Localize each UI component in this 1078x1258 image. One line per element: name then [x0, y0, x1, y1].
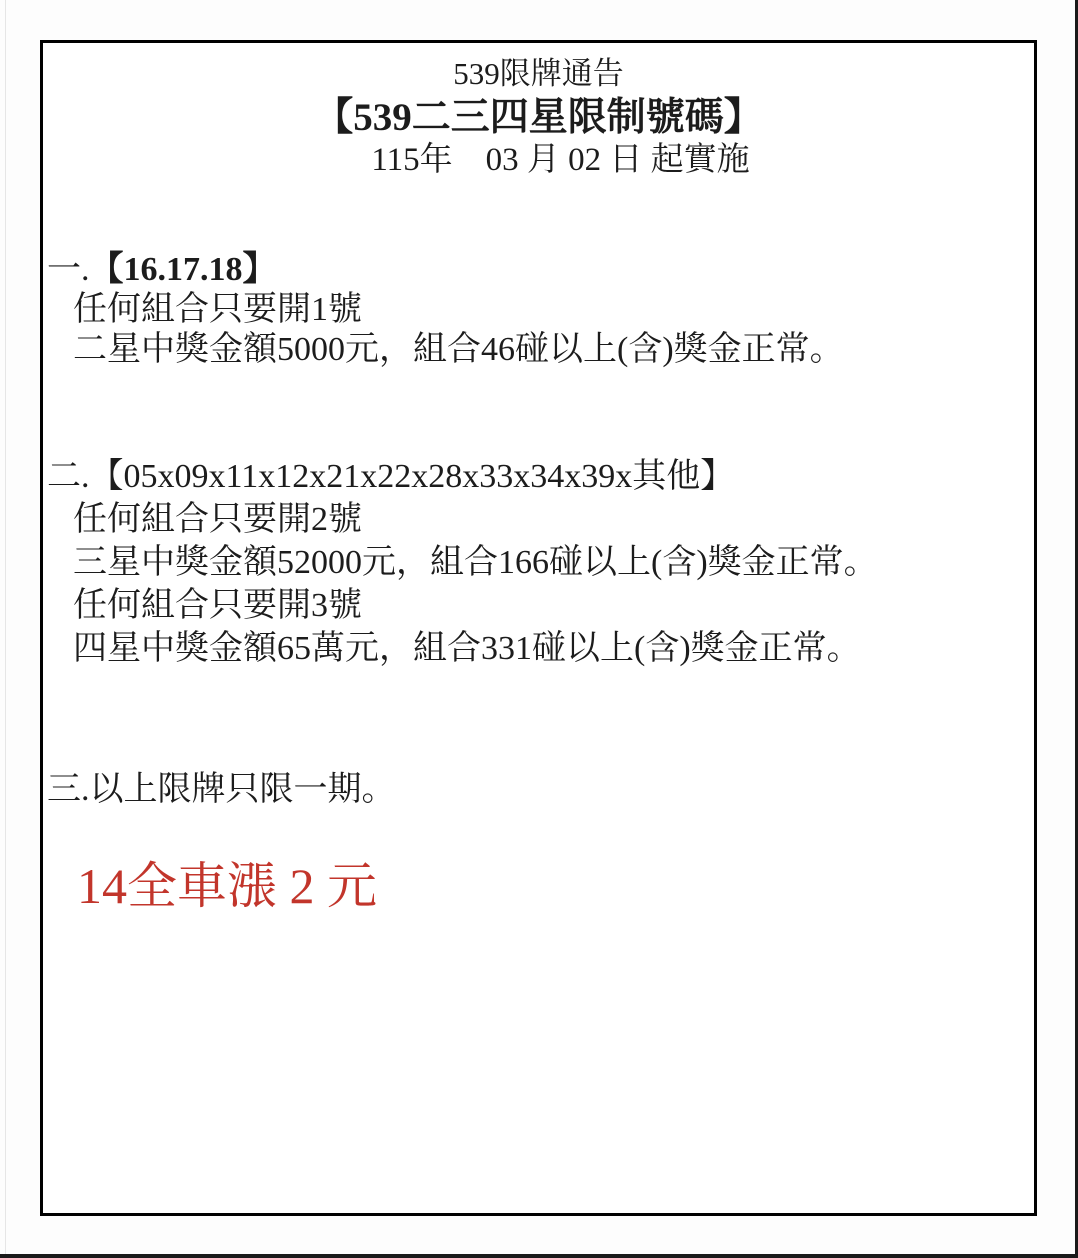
section-two: 二.【05x09x11x12x21x22x28x33x34x39x其他】 任何組…	[43, 455, 1034, 670]
section-three: 三.以上限牌只限一期。	[43, 768, 1034, 811]
section-three-number: 三.	[47, 771, 90, 808]
section-two-restricted-numbers: 【05x09x11x12x21x22x28x33x34x39x其他】	[90, 458, 735, 495]
screenshot-canvas: 539限牌通告 【539二三四星限制號碼】 115年 03 月 02 日 起實施…	[0, 0, 1078, 1258]
section-two-heading: 二.【05x09x11x12x21x22x28x33x34x39x其他】	[43, 455, 1034, 498]
section-two-rule-line: 任何組合只要開2號	[43, 498, 1034, 541]
effective-date: 115年 03 月 02 日 起實施	[65, 140, 1056, 180]
section-two-number: 二.	[47, 458, 90, 495]
section-one-prize-line: 二星中獎金額5000元，組合46碰以上(含)獎金正常。	[43, 330, 1034, 370]
section-one: 一.【16.17.18】 任何組合只要開1號 二星中獎金額5000元，組合46碰…	[43, 250, 1034, 370]
section-two-rule-line-2: 任何組合只要開3號	[43, 584, 1034, 627]
section-one-rule-line: 任何組合只要開1號	[43, 290, 1034, 330]
section-three-heading: 三.以上限牌只限一期。	[43, 768, 1034, 811]
price-increase-notice: 14全車漲 2 元	[43, 857, 1034, 915]
page-subtitle: 【539二三四星限制號碼】	[43, 95, 1034, 140]
section-one-restricted-numbers: 【16.17.18】	[90, 251, 277, 288]
page-title: 539限牌通告	[43, 53, 1034, 95]
section-one-heading: 一.【16.17.18】	[43, 250, 1034, 290]
left-edge-line	[5, 0, 6, 1254]
section-three-text: 以上限牌只限一期。	[90, 771, 396, 808]
document-header: 539限牌通告 【539二三四星限制號碼】 115年 03 月 02 日 起實施	[43, 53, 1034, 180]
section-one-number: 一.	[47, 251, 90, 288]
section-two-prize-line-2: 四星中獎金額65萬元，組合331碰以上(含)獎金正常。	[43, 627, 1034, 670]
section-two-prize-line: 三星中獎金額52000元，組合166碰以上(含)獎金正常。	[43, 541, 1034, 584]
notice-document: 539限牌通告 【539二三四星限制號碼】 115年 03 月 02 日 起實施…	[40, 40, 1037, 1216]
